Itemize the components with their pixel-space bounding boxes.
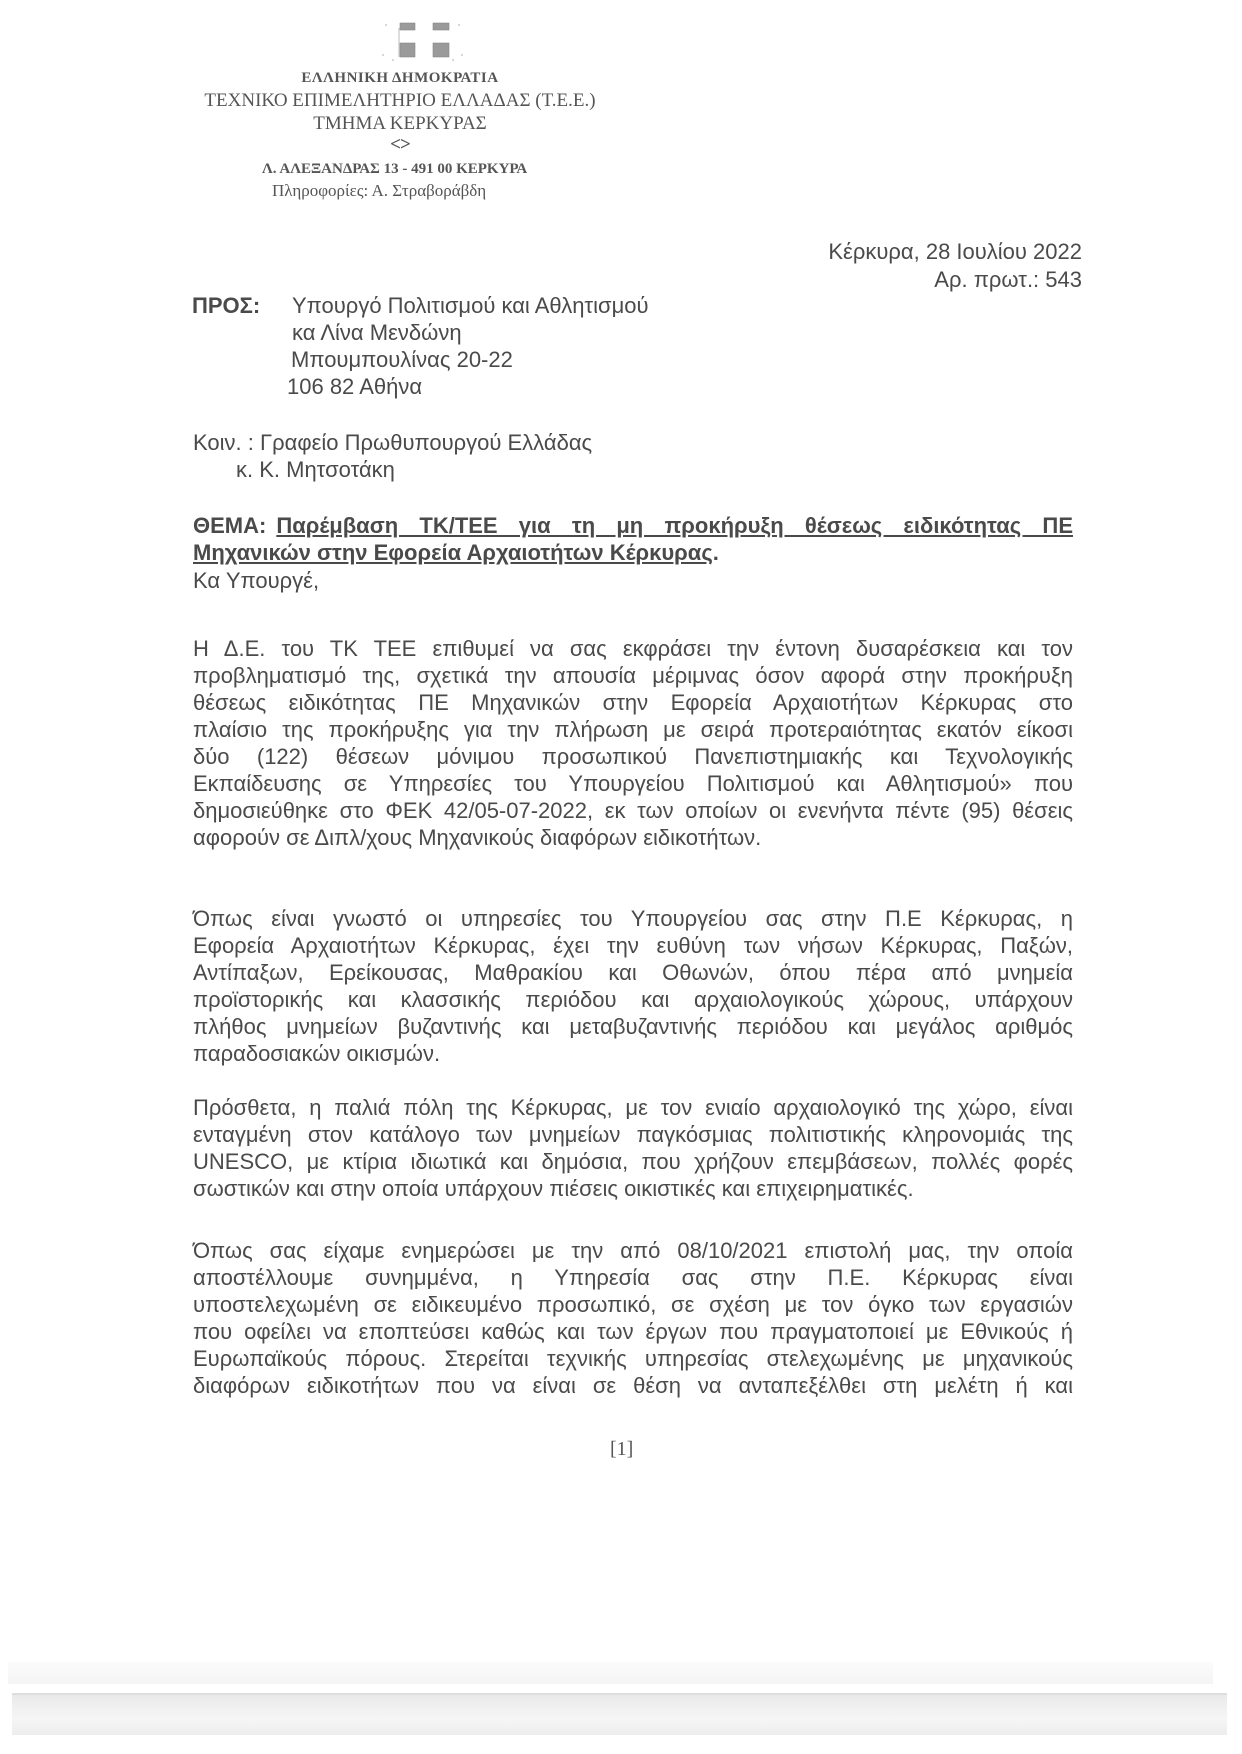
paragraph-line: θέσεως ειδικότητας ΠΕ Μηχανικών στην Εφο… [193,689,1073,716]
paragraph-line: σωστικών και στην οποία υπάρχουν πιέσεις… [193,1175,1073,1202]
letterhead-address: Λ. ΑΛΕΞΑΝΔΡΑΣ 13 - 491 00 ΚΕΡΚΥΡΑ [262,161,527,178]
paragraph-line: UNESCO, με κτίρια ιδιωτικά και δημόσια, … [193,1148,1073,1175]
greeting: Κα Υπουργέ, [193,567,319,594]
subject-label: ΘΕΜΑ: [193,512,266,539]
paragraph-line: Ευρωπαϊκούς πόρους. Στερείται τεχνικής υ… [193,1345,1073,1372]
paragraph-line: πλαίσιο της προκήρυξης για την πλήρωση μ… [193,716,1073,743]
body-paragraph: Η Δ.Ε. του ΤΚ ΤΕΕ επιθυμεί να σας εκφράσ… [193,635,1073,851]
paragraph-line: προϊστορικής και κλασσικής περιόδου και … [193,986,1073,1013]
recipient-line: Υπουργό Πολιτισμού και Αθλητισμού [292,292,649,319]
letter-date: Κέρκυρα, 28 Ιουλίου 2022 [828,238,1082,265]
subject-line: Παρέμβαση ΤΚ/ΤΕΕ για τη μη προκήρυξη θέσ… [276,512,1073,539]
paragraph-line: προβληματισμό της, σχετικά την απουσία μ… [193,662,1073,689]
body-paragraph: Όπως σας είχαμε ενημερώσει με την από 08… [193,1237,1073,1399]
paragraph-line: παραδοσιακών οικισμών. [193,1040,1073,1067]
recipient-line: κα Λίνα Μενδώνη [292,319,462,346]
paragraph-line: αφορούν σε Διπλ/χους Μηχανικούς διαφόρων… [193,824,1073,851]
paragraph-line: δύο (122) θέσεων μόνιμου προσωπικού Πανε… [193,743,1073,770]
paragraph-line: υποστελεχωμένη σε ειδικευμένο προσωπικό,… [193,1291,1073,1318]
letterhead-country: ΕΛΛΗΝΙΚΗ ΔΗΜΟΚΡΑΤΙΑ [200,70,600,87]
paragraph-line: ενταγμένη στον κατάλογο των μνημείων παγ… [193,1121,1073,1148]
paragraph-line: αποστέλλουμε συνημμένα, η Υπηρεσία σας σ… [193,1264,1073,1291]
subject-line: Μηχανικών στην Εφορεία Αρχαιοτήτων Κέρκυ… [193,540,713,565]
body-paragraph: Πρόσθετα, η παλιά πόλη της Κέρκυρας, με … [193,1094,1073,1202]
subject-end: . [713,540,719,565]
paragraph-line: Όπως είναι γνωστό οι υπηρεσίες του Υπουρ… [193,905,1073,932]
greek-emblem-icon [373,10,467,66]
paragraph-line: Πρόσθετα, η παλιά πόλη της Κέρκυρας, με … [193,1094,1073,1121]
scan-artifact [8,1662,1213,1684]
subject: ΘΕΜΑ: Παρέμβαση ΤΚ/ΤΕΕ για τη μη προκήρυ… [193,512,1073,566]
body-paragraph: Όπως είναι γνωστό οι υπηρεσίες του Υπουρ… [193,905,1073,1067]
cc-line: κ. Κ. Μητσοτάκη [236,456,395,483]
letterhead-department: ΤΜΗΜΑ ΚΕΡΚΥΡΑΣ [200,113,600,135]
paragraph-line: Εφορεία Αρχαιοτήτων Κέρκυρας, έχει την ε… [193,932,1073,959]
paragraph-line: διαφόρων ειδικοτήτων που να είναι σε θέσ… [193,1372,1073,1399]
paragraph-line: δημοσιεύθηκε στο ΦΕΚ 42/05-07-2022, εκ τ… [193,797,1073,824]
recipient-line: 106 82 Αθήνα [287,373,422,400]
recipient-label: ΠΡΟΣ: [192,292,260,319]
letterhead-info: Πληροφορίες: Α. Στραβοράβδη [272,181,486,201]
letterhead-ornament: <> [200,134,600,156]
protocol-number: Αρ. πρωτ.: 543 [934,266,1082,293]
paragraph-line: Όπως σας είχαμε ενημερώσει με την από 08… [193,1237,1073,1264]
letterhead-organization: ΤΕΧΝΙΚΟ ΕΠΙΜΕΛΗΤΗΡΙΟ ΕΛΛΑΔΑΣ (Τ.Ε.Ε.) [200,90,600,112]
scan-artifact [12,1693,1227,1735]
paragraph-line: Η Δ.Ε. του ΤΚ ΤΕΕ επιθυμεί να σας εκφράσ… [193,635,1073,662]
paragraph-line: πλήθος μνημείων βυζαντινής και μεταβυζαν… [193,1013,1073,1040]
recipient-line: Μπουμπουλίνας 20-22 [291,346,513,373]
paragraph-line: Αντίπαξων, Ερείκουσας, Μαθρακίου και Οθω… [193,959,1073,986]
paragraph-line: που οφείλει να εποπτεύσει καθώς και των … [193,1318,1073,1345]
page-number: [1] [610,1438,633,1461]
paragraph-line: Εκπαίδευσης σε Υπηρεσίες του Υπουργείου … [193,770,1073,797]
cc-line: Κοιν. : Γραφείο Πρωθυπουργού Ελλάδας [193,429,592,456]
